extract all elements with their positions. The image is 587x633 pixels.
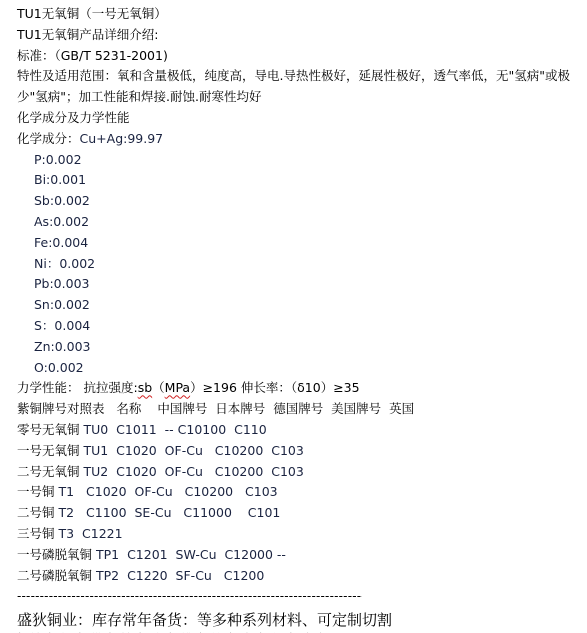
doc-standard: 标准：（GB/T 5231-2001) [17, 46, 579, 67]
row-codes: TP2 C1220 SF-Cu C1200 [96, 568, 264, 583]
element-item: Sb:0.002 [17, 191, 579, 212]
row-name: 一号铜 [17, 484, 55, 499]
table-row: 一号铜 T1 C1020 OF-Cu C10200 C103 [17, 482, 579, 503]
row-name: 二号磷脱氧铜 [17, 568, 92, 583]
row-name: 三号铜 [17, 526, 55, 541]
chemical-composition: 化学成分：Cu+Ag:99.97 [17, 129, 579, 150]
doc-title: TU1无氧铜（一号无氧铜） [17, 4, 579, 25]
chemical-composition-value: Cu+Ag:99.97 [80, 131, 164, 146]
row-codes: T3 C1221 [59, 526, 123, 541]
table-row: 三号铜 T3 C1221 [17, 524, 579, 545]
row-codes: TP1 C1201 SW-Cu C12000 -- [96, 547, 286, 562]
element-item: S：0.004 [17, 316, 579, 337]
spellcheck-mpa: MPa [165, 380, 190, 395]
row-codes: T2 C1100 SE-Cu C11000 C101 [59, 505, 281, 520]
row-codes: TU1 C1020 OF-Cu C10200 C103 [84, 443, 304, 458]
element-item: Pb:0.003 [17, 274, 579, 295]
row-name: 一号无氧铜 [17, 443, 80, 458]
footer-company-line: 盛狄铜业：库存常年备货：等多种系列材料、可定制切割 [17, 609, 579, 631]
table-row: 一号无氧铜 TU1 C1020 OF-Cu C10200 C103 [17, 441, 579, 462]
section-heading: 化学成分及力学性能 [17, 108, 579, 129]
element-item: Bi:0.001 [17, 170, 579, 191]
mpa-open: （ [152, 380, 165, 395]
element-item: As:0.002 [17, 212, 579, 233]
element-item: Fe:0.004 [17, 233, 579, 254]
element-item: O:0.002 [17, 358, 579, 379]
mechanical-values: ）≥196 伸长率：（δ10）≥35 [190, 380, 360, 395]
table-row: 一号磷脱氧铜 TP1 C1201 SW-Cu C12000 -- [17, 545, 579, 566]
doc-properties: 特性及适用范围：氧和含量极低，纯度高，导电.导热性极好，延展性极好，透气率低，无… [17, 66, 579, 108]
row-name: 二号无氧铜 [17, 464, 80, 479]
element-item: Sn:0.002 [17, 295, 579, 316]
spellcheck-sb: sb [138, 380, 152, 395]
table-row: 二号磷脱氧铜 TP2 C1220 SF-Cu C1200 [17, 566, 579, 587]
comparison-table-header: 紫铜牌号对照表 名称 中国牌号 日本牌号 德国牌号 美国牌号 英国 [17, 399, 579, 420]
element-item: Ni：0.002 [17, 254, 579, 275]
row-name: 二号铜 [17, 505, 55, 520]
document-body: TU1无氧铜（一号无氧铜） TU1无氧铜产品详细介绍: 标准：（GB/T 523… [17, 4, 579, 633]
mechanical-label: 力学性能： 抗拉强度: [17, 380, 138, 395]
table-row: 零号无氧铜 TU0 C1011 -- C10100 C110 [17, 420, 579, 441]
doc-subtitle: TU1无氧铜产品详细介绍: [17, 25, 579, 46]
comparison-table: 零号无氧铜 TU0 C1011 -- C10100 C110 一号无氧铜 TU1… [17, 420, 579, 586]
separator-line: ----------------------------------------… [17, 586, 362, 607]
row-name: 零号无氧铜 [17, 422, 80, 437]
row-codes: TU2 C1020 OF-Cu C10200 C103 [84, 464, 304, 479]
chemical-composition-label: 化学成分： [17, 131, 80, 146]
row-name: 一号磷脱氧铜 [17, 547, 92, 562]
element-item: Zn:0.003 [17, 337, 579, 358]
table-row: 二号无氧铜 TU2 C1020 OF-Cu C10200 C103 [17, 462, 579, 483]
element-item: P:0.002 [17, 150, 579, 171]
table-row: 二号铜 T2 C1100 SE-Cu C11000 C101 [17, 503, 579, 524]
row-codes: T1 C1020 OF-Cu C10200 C103 [59, 484, 278, 499]
mechanical-properties: 力学性能： 抗拉强度:sb（MPa）≥196 伸长率：（δ10）≥35 [17, 378, 579, 399]
element-list: P:0.002 Bi:0.001 Sb:0.002 As:0.002 Fe:0.… [17, 150, 579, 379]
row-codes: TU0 C1011 -- C10100 C110 [84, 422, 267, 437]
